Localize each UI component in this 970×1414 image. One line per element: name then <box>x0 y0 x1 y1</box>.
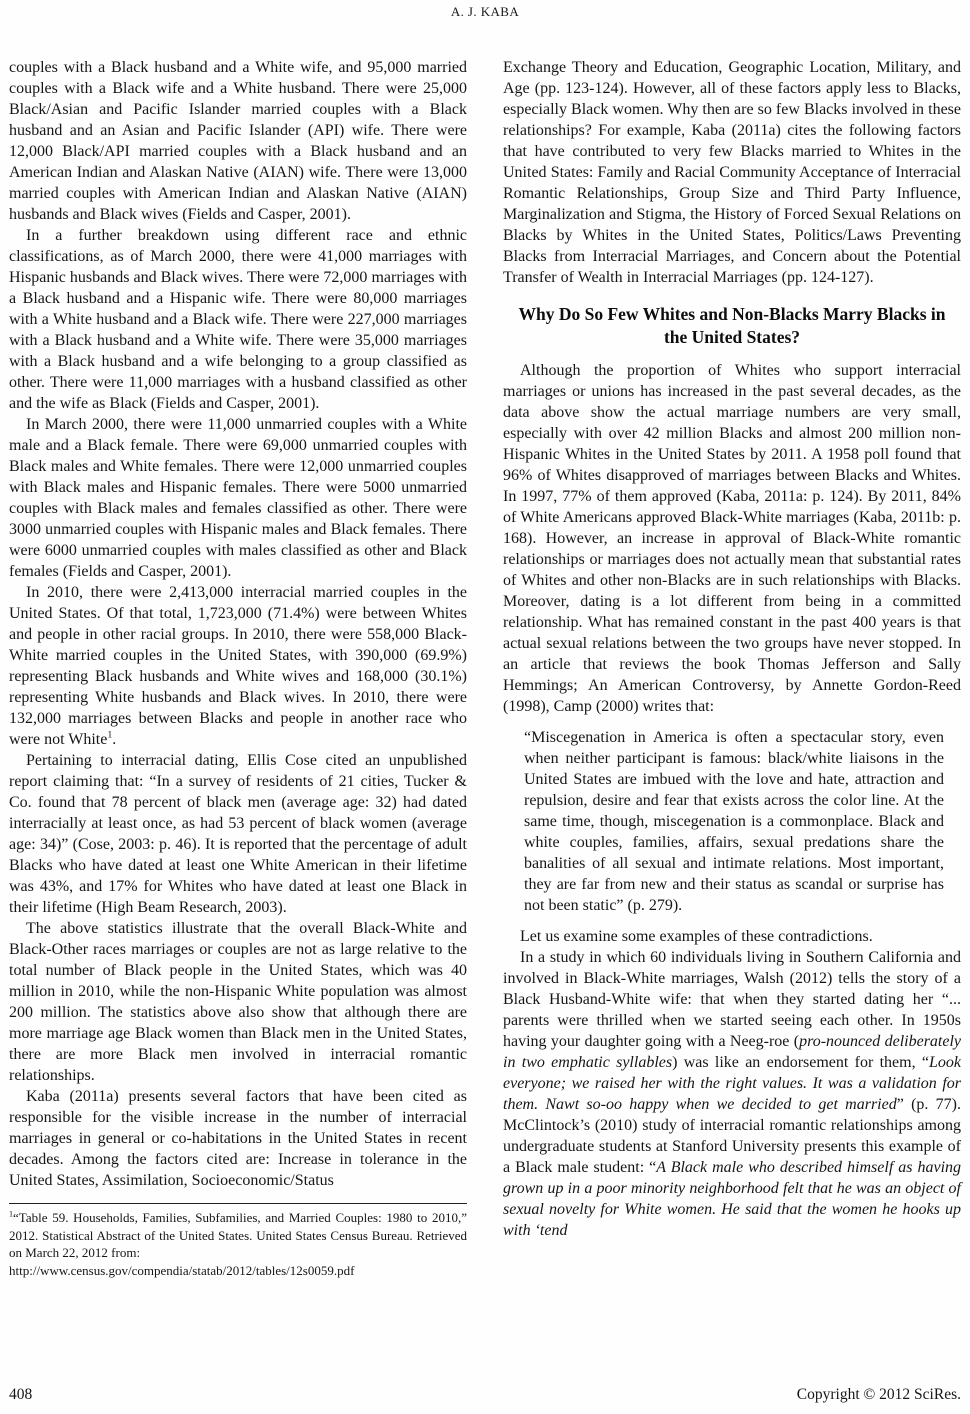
running-head: A. J. KABA <box>0 4 970 20</box>
page-footer: 408 Copyright © 2012 SciRes. <box>9 1386 961 1404</box>
paragraph: Kaba (2011a) presents several factors th… <box>9 1086 467 1191</box>
footnote-url: http://www.census.gov/compendia/statab/2… <box>9 1262 467 1280</box>
paragraph: In a further breakdown using different r… <box>9 225 467 414</box>
paragraph: Although the proportion of Whites who su… <box>503 360 961 717</box>
paragraph: Let us examine some examples of these co… <box>503 926 961 947</box>
paragraph: In 2010, there were 2,413,000 interracia… <box>9 582 467 750</box>
paragraph: In March 2000, there were 11,000 unmarri… <box>9 414 467 582</box>
paragraph-text: In 2010, there were 2,413,000 interracia… <box>9 584 467 748</box>
section-heading: Why Do So Few Whites and Non-Blacks Marr… <box>515 303 949 349</box>
left-column: couples with a Black husband and a White… <box>9 57 467 1279</box>
paragraph: The above statistics illustrate that the… <box>9 918 467 1086</box>
footnote-text: 1“Table 59. Households, Families, Subfam… <box>9 1209 467 1262</box>
block-quote: “Miscegenation in America is often a spe… <box>524 727 944 916</box>
page-number: 408 <box>9 1386 32 1404</box>
paper-page: A. J. KABA couples with a Black husband … <box>0 0 970 1414</box>
copyright-notice: Copyright © 2012 SciRes. <box>797 1386 961 1404</box>
paragraph-text: ) was like an endorsement for them, “ <box>672 1054 929 1071</box>
right-column: Exchange Theory and Education, Geographi… <box>503 57 961 1279</box>
footnote-divider <box>9 1203 467 1204</box>
paragraph: couples with a Black husband and a White… <box>9 57 467 225</box>
paragraph: Pertaining to interracial dating, Ellis … <box>9 750 467 918</box>
paragraph-text: . <box>112 731 116 748</box>
two-column-body: couples with a Black husband and a White… <box>9 57 961 1279</box>
footnote: 1“Table 59. Households, Families, Subfam… <box>9 1203 467 1279</box>
paragraph: In a study in which 60 individuals livin… <box>503 947 961 1241</box>
footnote-body: “Table 59. Households, Families, Subfami… <box>9 1210 467 1260</box>
paragraph: Exchange Theory and Education, Geographi… <box>503 57 961 288</box>
